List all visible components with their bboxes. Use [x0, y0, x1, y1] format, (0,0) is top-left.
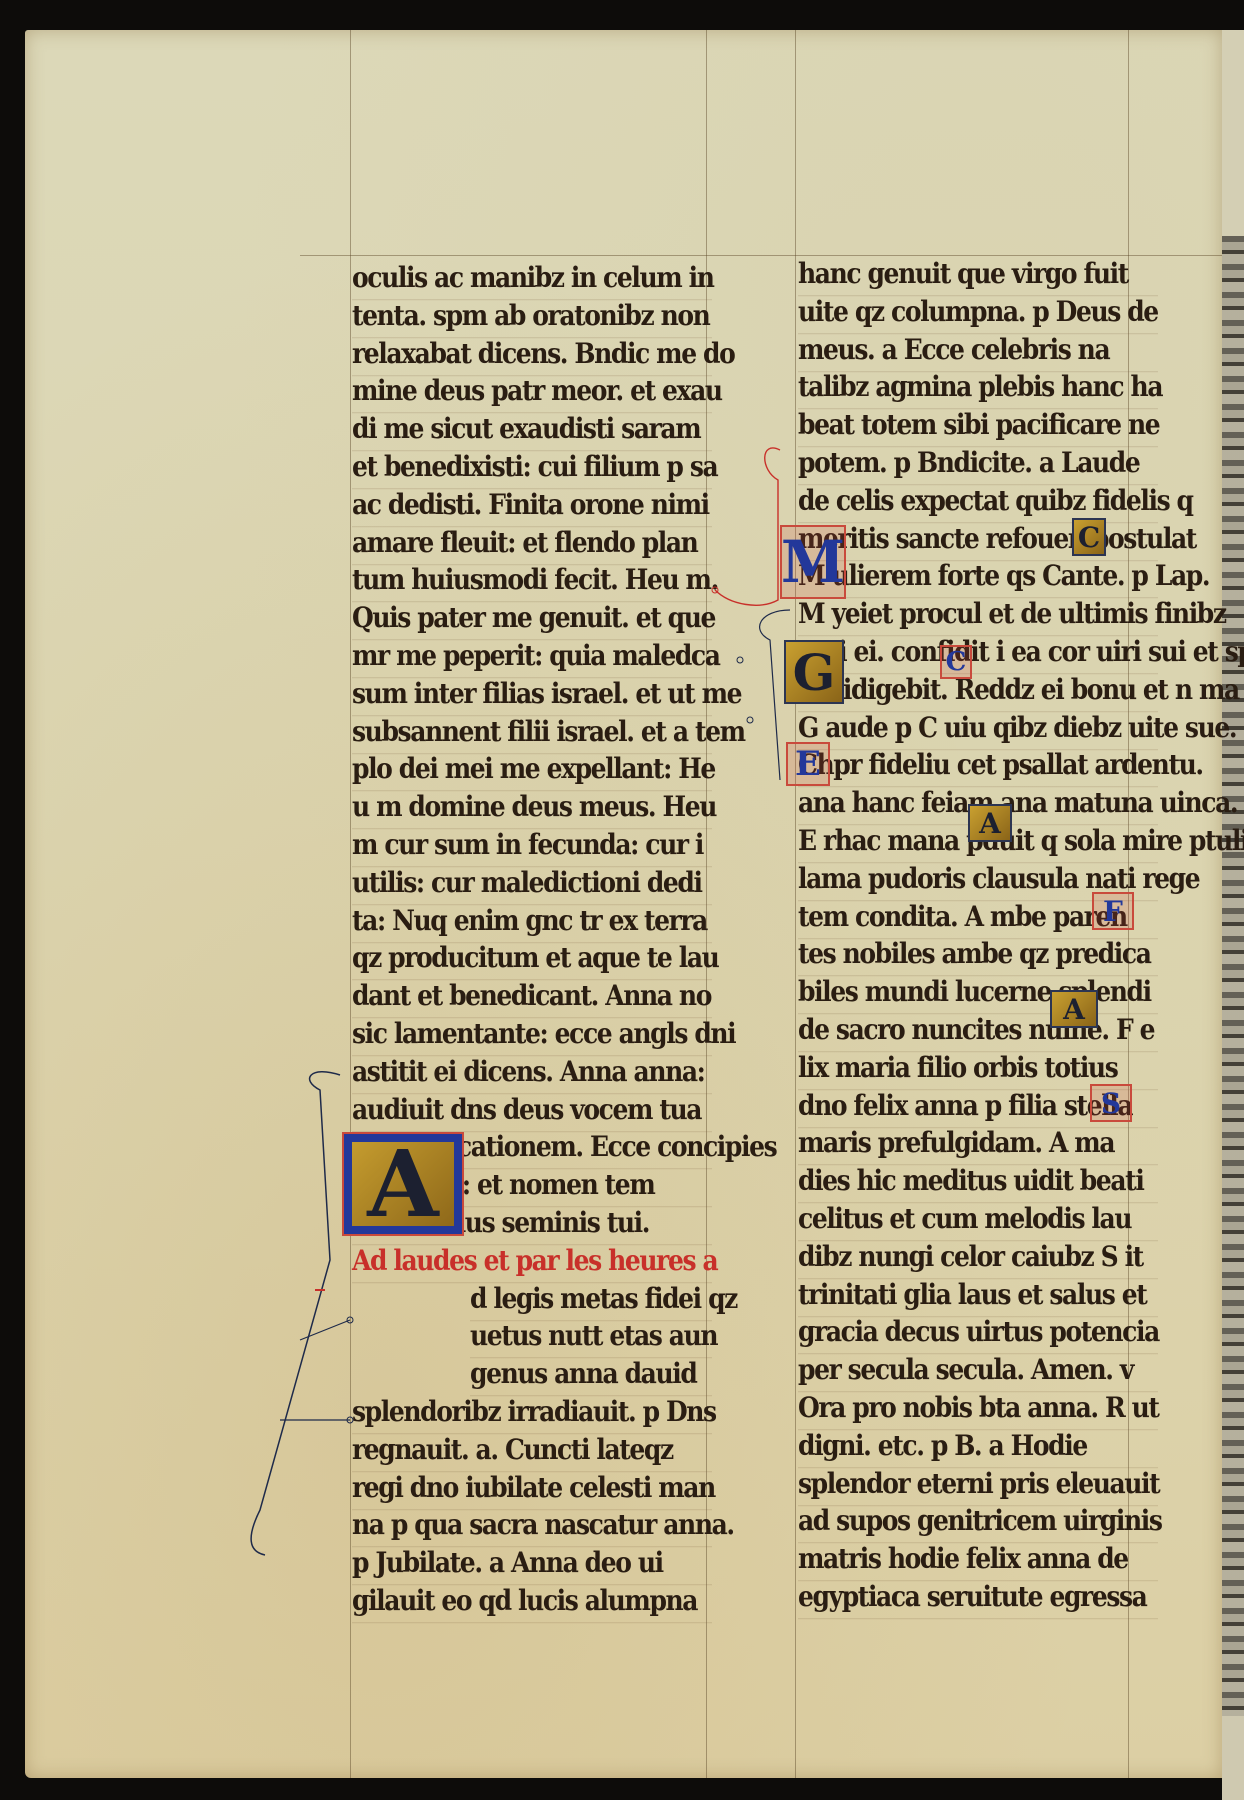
text-line: biles mundi lucerne splendi	[798, 972, 1158, 1014]
illuminated-initial-g: G	[784, 640, 844, 704]
text-line: genus anna dauid	[470, 1354, 712, 1396]
text-line: potem. p Bndicite. a Laude	[798, 443, 1158, 485]
text-line: gilauit eo qd lucis alumpna	[352, 1581, 712, 1623]
ruling-line	[795, 30, 796, 1778]
text-line: de sacro nuncites nuine. F e	[798, 1010, 1158, 1052]
text-line: matris hodie felix anna de	[798, 1539, 1158, 1581]
text-line: splendoribz irradiauit. p Dns	[352, 1392, 712, 1434]
text-line: dant et benedicant. Anna no	[352, 976, 712, 1018]
text-line: oculis ac manibz in celum in	[352, 258, 712, 300]
text-line: relaxabat dicens. Bndic me do	[352, 333, 712, 375]
text-line: sic lamentante: ecce angls dni	[352, 1014, 712, 1056]
text-line: lus idigebit. Reddz ei bonu et n ma	[798, 669, 1158, 711]
text-line: et benedixisti: cui filium p sa	[352, 447, 712, 489]
initial-c-blue: C	[940, 645, 972, 679]
text-line: celitus et cum melodis lau	[798, 1199, 1158, 1241]
text-line: de celis expectat quibz fidelis q	[798, 481, 1158, 523]
text-line: M ulierem forte qs Cante. p Lap.	[798, 556, 1158, 598]
text-line: ta: Nuq enim gnc tr ex terra	[352, 900, 712, 942]
text-line: talibz agmina plebis hanc ha	[798, 367, 1158, 409]
text-line: regnauit. a. Cuncti lateqz	[352, 1429, 712, 1471]
text-line: dibz nungi celor caiubz S it	[798, 1236, 1158, 1278]
illuminated-initial-m: M	[780, 525, 846, 599]
text-line: splendor eterni pris eleuauit	[798, 1463, 1158, 1505]
text-line: hanc genuit que virgo fuit	[798, 254, 1158, 296]
text-line: beat totem sibi pacificare ne	[798, 405, 1158, 447]
text-line: tenta. spm ab oratonibz non	[352, 296, 712, 338]
text-line: m cur sum in fecunda: cur i	[352, 825, 712, 867]
text-line: u m domine deus meus. Heu	[352, 787, 712, 829]
text-line: G aude p C uiu qibz diebz uite sue.	[798, 707, 1158, 749]
ruling-line	[350, 30, 351, 1778]
text-line: plo dei mei me expellant: He	[352, 749, 712, 791]
text-line: Ora pro nobis bta anna. R ut	[798, 1388, 1158, 1430]
text-line: tes nobiles ambe qz predica	[798, 934, 1158, 976]
text-line: d legis metas fidei qz	[470, 1278, 712, 1320]
text-line: qz producitum et aque te lau	[352, 938, 712, 980]
next-leaf-edge-bottom	[1222, 1716, 1244, 1800]
initial-s-blue: S	[1090, 1084, 1132, 1122]
left-column: oculis ac manibz in celum in tenta. spm …	[352, 260, 712, 1621]
text-line: sum inter filias israel. et ut me	[352, 673, 712, 715]
text-line: amare fleuit: et flendo plan	[352, 522, 712, 564]
text-line: digni. etc. p B. a Hodie	[798, 1425, 1158, 1467]
text-line: uetus nutt etas aun	[470, 1316, 712, 1358]
text-line: mine deus patr meor. et exau	[352, 371, 712, 413]
right-column: hanc genuit que virgo fuit uite qz colum…	[798, 256, 1158, 1617]
text-line: Chpr fideliu cet psallat ardentu.	[798, 745, 1158, 787]
text-line: Quis pater me genuit. et que	[352, 598, 712, 640]
illuminated-initial-e: E	[786, 742, 830, 786]
text-line: subsannent filii israel. et a tem	[352, 711, 712, 753]
text-line: per secula secula. Amen. v	[798, 1350, 1158, 1392]
text-line: M yeiet procul et de ultimis finibz	[798, 594, 1158, 636]
illuminated-initial-a: A	[342, 1132, 464, 1236]
text-line: ad supos genitricem uirginis	[798, 1501, 1158, 1543]
text-line: meus. a Ecce celebris na	[798, 329, 1158, 371]
text-line: p ui ei. confidit i ea cor uiri sui et s…	[798, 632, 1158, 674]
text-line: egyptiaca seruitute egressa	[798, 1577, 1158, 1619]
text-line: ac dedisti. Finita orone nimi	[352, 485, 712, 527]
text-line: gracia decus uirtus potencia	[798, 1312, 1158, 1354]
text-line: uite qz columpna. p Deus de	[798, 292, 1158, 334]
text-line: di me sicut exaudisti saram	[352, 409, 712, 451]
initial-a-gold: A	[968, 804, 1012, 842]
text-line: dies hic meditus uidit beati	[798, 1161, 1158, 1203]
text-line: audiuit dns deus vocem tua	[352, 1089, 712, 1131]
text-line: regi dno iubilate celesti man	[352, 1467, 712, 1509]
next-leaf-edge	[1222, 30, 1244, 236]
next-leaf-text-edge	[1222, 236, 1244, 1716]
text-line: astitit ei dicens. Anna anna:	[352, 1051, 712, 1093]
initial-a-gold-2: A	[1050, 990, 1098, 1028]
rubric-heading: Ad laudes et par les heures a	[352, 1240, 712, 1282]
text-line: na p qua sacra nascatur anna.	[352, 1505, 712, 1547]
text-line: tum huiusmodi fecit. Heu m.	[352, 560, 712, 602]
text-line: mr me peperit: quia maledca	[352, 636, 712, 678]
initial-c: C	[1072, 518, 1106, 556]
text-line: trinitati glia laus et salus et	[798, 1274, 1158, 1316]
text-line: maris prefulgidam. A ma	[798, 1123, 1158, 1165]
initial-f-blue: F	[1092, 892, 1134, 930]
text-line: p Jubilate. a Anna deo ui	[352, 1543, 712, 1585]
text-line: utilis: cur maledictioni dedi	[352, 862, 712, 904]
